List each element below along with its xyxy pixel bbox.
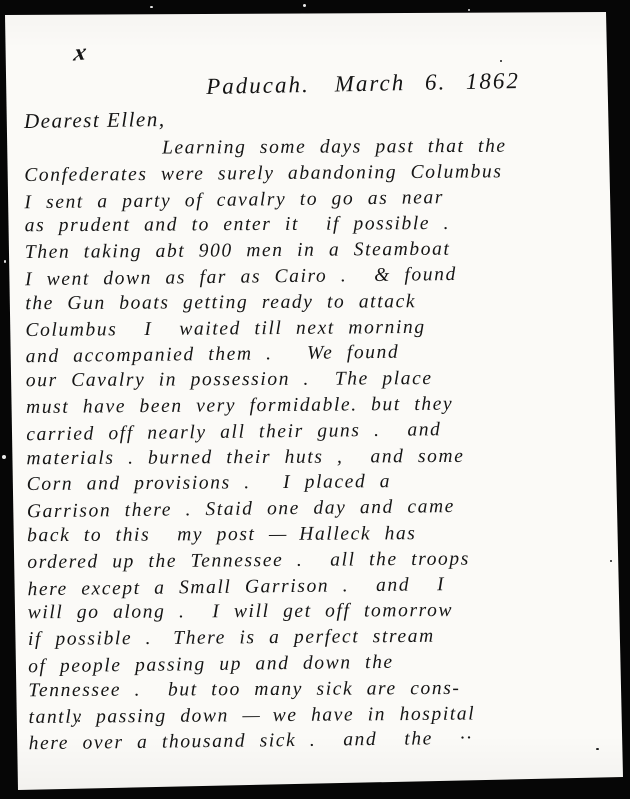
scanned-letter: x Paducah. March 6. 1862 Dearest Ellen, … <box>0 0 630 799</box>
scan-speck <box>500 60 502 62</box>
scan-speck <box>150 6 153 8</box>
letter-line: materials . burned their huts , and some <box>26 445 616 474</box>
letter-line: as prudent and to enter it if possible . <box>25 213 615 242</box>
scan-speck <box>2 455 6 459</box>
salutation: Dearest Ellen, <box>24 107 166 134</box>
letter-line: Learning some days past that the <box>24 135 614 164</box>
scan-speck <box>4 260 6 263</box>
scan-speck <box>468 9 470 11</box>
letter-line: back to this my post — Halleck has <box>27 522 617 551</box>
letter-line: our Cavalry in possession . The place <box>26 367 616 396</box>
scan-speck <box>610 560 612 562</box>
scan-speck <box>596 748 599 750</box>
letter-line: will go along . I will get off tomorrow <box>28 599 618 628</box>
letter-body: Learning some days past that the Confede… <box>24 134 619 758</box>
letter-page: x Paducah. March 6. 1862 Dearest Ellen, … <box>0 0 630 799</box>
scan-speck <box>78 720 80 722</box>
letter-line: Tennessee . but too many sick are cons- <box>28 677 618 706</box>
letter-line: the Gun boats getting ready to attack <box>25 290 615 319</box>
letter-line: here over a thousand sick . and the ·· <box>29 726 619 759</box>
dateline: Paducah. March 6. 1862 <box>206 68 520 100</box>
scan-speck <box>303 4 306 7</box>
x-mark: x <box>72 39 88 67</box>
